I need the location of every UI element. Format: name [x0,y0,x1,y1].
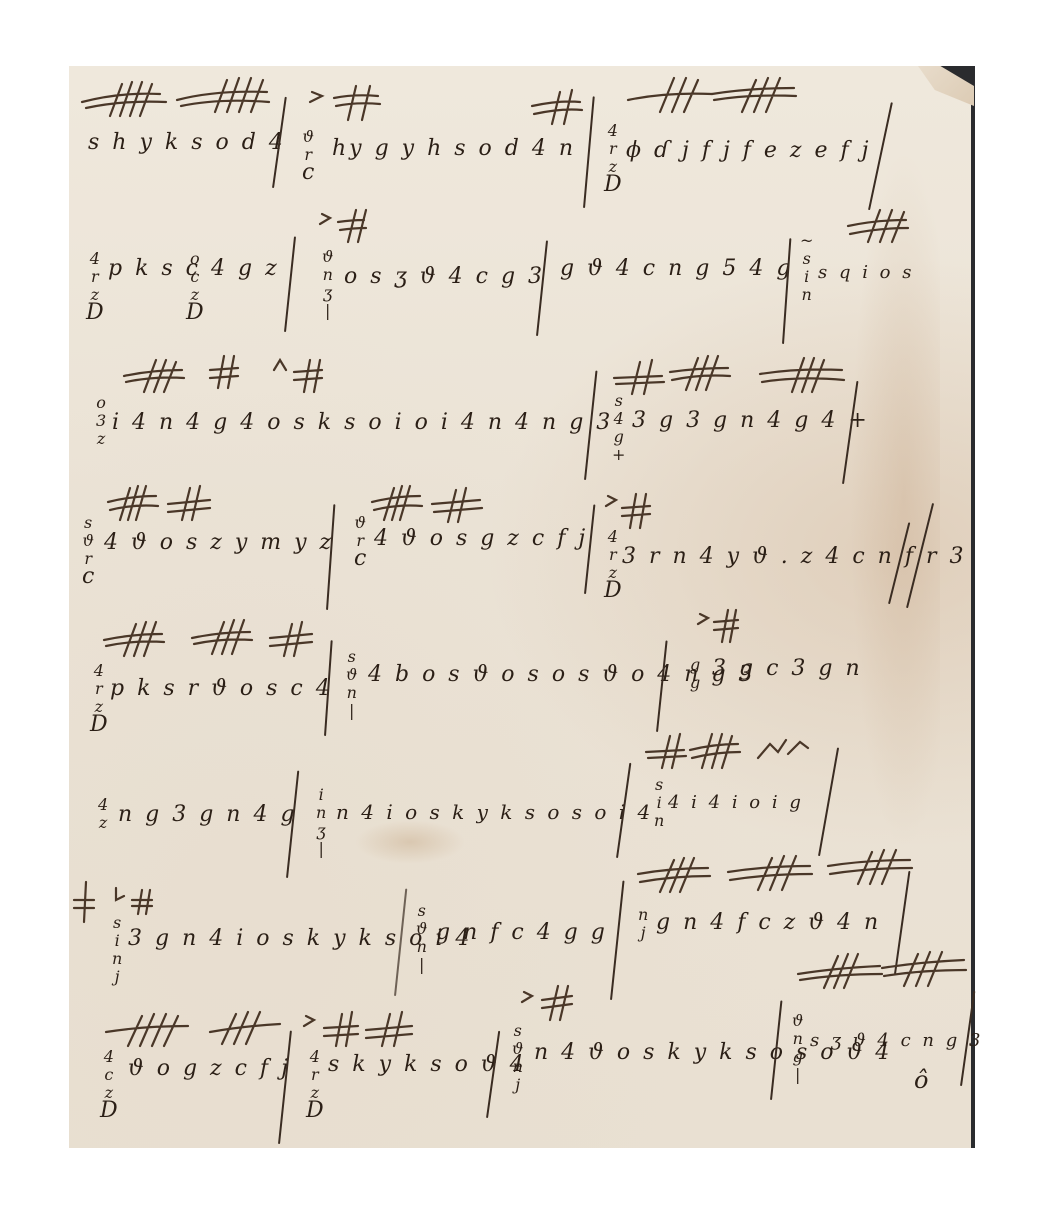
rhythm-flag-icon [612,356,672,396]
rhythm-flag-icon [104,1010,194,1050]
pitch-stack: oczD [186,250,204,322]
pitch-stack: ϑng| [792,1012,803,1084]
tablature-line: hy g y h s o d 4 n [332,136,576,161]
rhythm-flag-icon [122,356,192,396]
rhythm-flag-icon [626,74,716,114]
rhythm-flag-icon [726,852,816,892]
rhythm-flag-icon [604,490,664,530]
pitch-stack: inʒ| [316,786,326,858]
image-canvas: s h y k s o d 4 ϑrc hy g y h s o d 4 n 4… [0,0,1040,1208]
tablature-line: s k y k s o ϑ 4 [328,1052,527,1077]
rhythm-flag-icon [102,618,172,658]
rhythm-flag-icon [696,606,746,646]
pitch-stack: nj [638,906,648,942]
rhythm-flag-icon [530,86,590,126]
pitch-stack: 4rzD [604,528,622,600]
tablature-line: 3 r n 4 y ϑ . z 4 c n f r 3 [622,544,966,569]
pedal-note-glyph: ô [914,1066,928,1094]
pitch-stack: sin [654,776,664,830]
pitch-stack: o3z [96,394,106,448]
rhythm-flag-icon [106,482,166,522]
rhythm-flag-icon [710,74,800,114]
pitch-stack: 4rzD [86,250,104,322]
rhythm-flag-icon [80,78,170,118]
tablature-line: i 4 n 4 g 4 o s k s o i o i 4 n 4 n g 3 [112,410,613,435]
rhythm-flag-icon [318,206,378,246]
tablature-line: n g 3 g n 4 g [118,802,298,827]
pitch-stack: s4g+ [612,392,625,464]
pitch-stack: sϑn| [346,648,357,720]
rhythm-flag-icon [826,846,916,886]
rhythm-flag-icon [272,356,332,396]
tablature-line: g ϑ 4 c n g 5 4 g [560,256,793,281]
tablature-line: g n f c 4 g g [436,920,608,945]
rhythm-flag-icon [756,734,816,764]
tablature-line: 4 ϑ o s z y m y z [104,530,334,555]
rhythm-flag-icon [175,74,275,114]
pitch-stack: 4rzD [90,662,108,734]
edge-stain [850,150,940,850]
tablature-line: g n 4 f c z ϑ 4 n [656,910,881,935]
rhythm-flag-icon [846,206,916,246]
tablature-line: 3 g 3 g n 4 g 4 + [632,408,870,433]
rhythm-flag-icon [302,1008,432,1048]
pitch-stack: ϑrc [354,514,366,568]
rhythm-flag-icon [308,82,388,122]
pitch-stack: 4z [98,796,108,832]
rhythm-flag-icon [268,618,318,658]
rhythm-flag-icon [190,616,260,656]
rhythm-flag-icon [430,484,490,524]
tablature-line: s h y k s o d 4 [88,130,286,155]
pitch-stack: 4rzD [306,1048,324,1120]
pitch-stack: ~sin [800,232,813,304]
ink-smudge [355,820,465,864]
rhythm-flag-icon [208,1008,288,1048]
pitch-stack: ϑrc [302,128,314,182]
tablature-line: ϑ o g z c f j [128,1056,291,1081]
rhythm-flag-icon [166,482,216,522]
pitch-stack: sϑrc [82,514,94,586]
pitch-stack: sϑnj [512,1022,523,1094]
rhythm-flag-icon [668,352,738,392]
pitch-stack: 4czD [100,1048,118,1120]
pitch-stack: ϑnʒ| [322,248,333,320]
rhythm-flag-icon [644,730,754,770]
pitch-stack: 4rzD [604,122,622,194]
pitch-stack: sϑn| [416,902,427,974]
rhythm-flag-icon [758,354,848,394]
rhythm-flag-icon [880,948,970,988]
rhythm-flag-icon [208,352,248,392]
tablature-line: n 4 i o s k y k s o s o i 4 [336,800,653,824]
rhythm-flag-icon [520,982,590,1022]
pitch-stack: gg [690,656,700,692]
tablature-line: 4 ϑ o s g z c f j [374,526,588,551]
rhythm-flag-icon [70,878,100,928]
tablature-line: s ʒ ϑ 4 c n g 3 [810,1030,983,1051]
tablature-line: 3 g c 3 g n [712,656,863,681]
rhythm-flag-icon [636,854,716,894]
tablature-line: 4 i 4 i o i g [668,792,804,813]
tablature-line: s q i o s [818,262,914,283]
pitch-stack: sinj [112,914,122,986]
tablature-line: p k s r ϑ o s c 4 [110,676,333,701]
rhythm-flag-icon [796,950,886,990]
tablature-line: o s ʒ ϑ 4 c g 3 [344,264,545,289]
rhythm-flag-icon [370,482,430,522]
tablature-line: ϕ ɗ j f j f e z e f j [626,138,871,163]
